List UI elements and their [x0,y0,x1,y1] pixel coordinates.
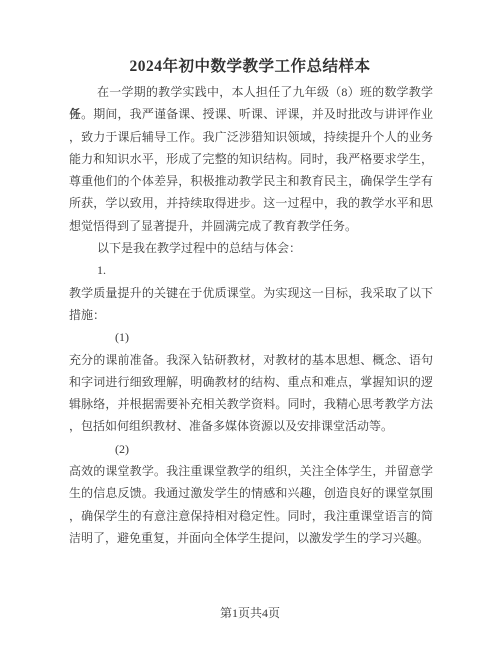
text-line: 措施： [69,304,433,326]
text-line: 教学质量提升的关键在于优质课堂。为实现这一目标，我采取了以下 [69,282,433,304]
page-number-footer: 第1页共4页 [0,604,500,621]
text-line: 尊重他们的个体差异，积极推动教学民主和教育民主，确保学生学有 [69,170,433,192]
text-line: (1) [69,326,433,348]
text-line: 和字词进行细致理解，明确教材的结构、重点和难点，掌握知识的逻 [69,371,433,393]
text-line: 以下是我在教学过程中的总结与体会： [69,237,433,259]
document-title: 2024年初中数学教学工作总结样本 [0,54,500,76]
text-line: 高效的课堂教学。我注重课堂教学的组织，关注全体学生，并留意学 [69,460,433,482]
document-body: 在一学期的教学实践中，本人担任了九年级（8）班的数学教学任务。期间，我严谨备课、… [69,81,433,549]
text-line: 能力和知识水平，形成了完整的知识结构。同时，我严格要求学生， [69,148,433,170]
text-line: 充分的课前准备。我深入钻研教材，对教材的基本思想、概念、语句 [69,349,433,371]
text-line: ，包括如何组织教材、准备多媒体资源以及安排课堂活动等。 [69,415,433,437]
text-line: 辑脉络，并根据需要补充相关教学资料。同时，我精心思考教学方法 [69,393,433,415]
text-line: 想觉悟得到了显著提升，并圆满完成了教育教学任务。 [69,215,433,237]
text-line: 洁明了，避免重复，并面向全体学生提问，以激发学生的学习兴趣。 [69,527,433,549]
document-page: 2024年初中数学教学工作总结样本 在一学期的教学实践中，本人担任了九年级（8）… [0,0,500,647]
text-line: 务。期间，我严谨备课、授课、听课、评课，并及时批改与讲评作业 [69,103,433,125]
text-line: ，致力于课后辅导工作。我广泛涉猎知识领域，持续提升个人的业务 [69,126,433,148]
text-line: 所获，学以致用，并持续取得进步。这一过程中，我的教学水平和思 [69,192,433,214]
text-line: (2) [69,438,433,460]
text-line: 生的信息反馈。我通过激发学生的情感和兴趣，创造良好的课堂氛围 [69,482,433,504]
text-line: 在一学期的教学实践中，本人担任了九年级（8）班的数学教学任 [69,81,433,103]
text-line: 1. [69,259,433,281]
text-line: ，确保学生的有意注意保持相对稳定性。同时，我注重课堂语言的简 [69,505,433,527]
